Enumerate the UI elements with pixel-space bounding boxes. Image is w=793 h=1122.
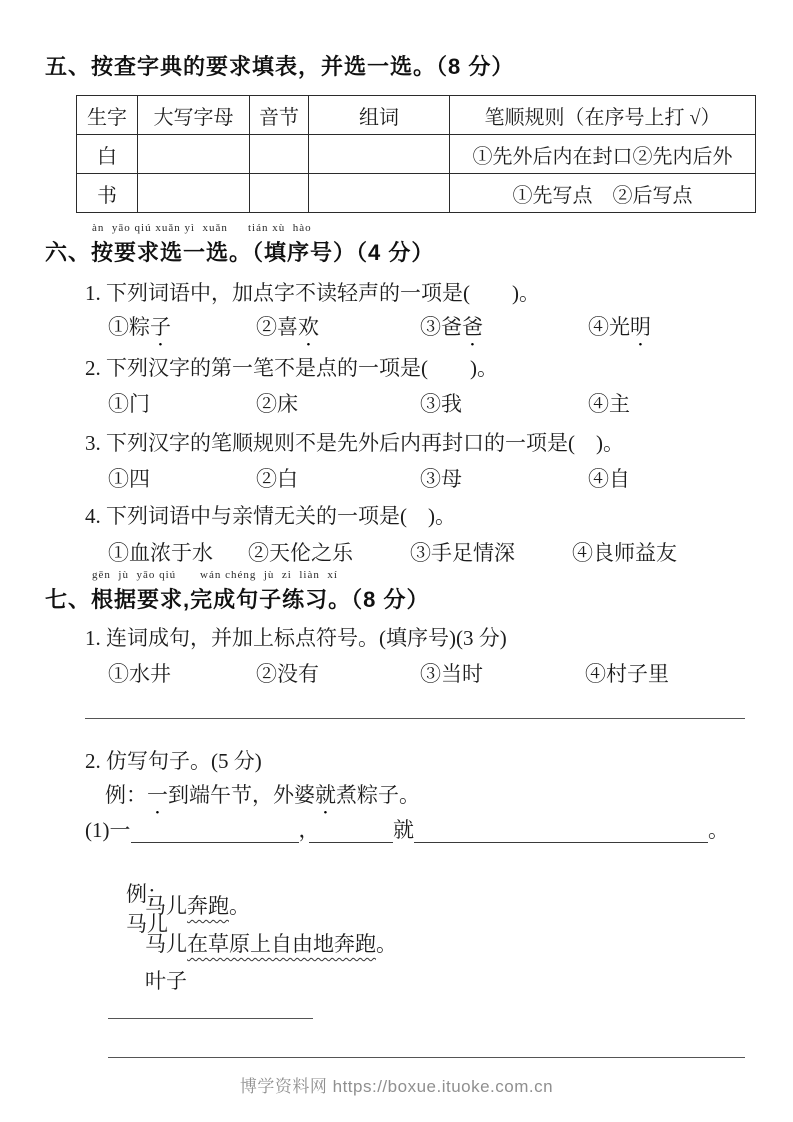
question-6-2: 2. 下列汉字的第一笔不是点的一项是( )。	[85, 352, 498, 382]
zuci-blank-cell	[309, 135, 450, 174]
question-7-1: 1. 连词成句，并加上标点符号。(填序号)(3 分)	[85, 622, 507, 652]
yinjie-blank-cell	[250, 135, 309, 174]
option-7-1-4: ④村子里	[585, 658, 669, 688]
section7-title: 七、根据要求,完成句子练习。（8 分）	[45, 583, 429, 614]
option-6-2-2: ②床	[256, 388, 298, 418]
option-6-2-1: ①门	[108, 388, 150, 418]
section6-title: 六、按要求选一选。（填序号）（4 分）	[45, 236, 434, 267]
options-7-1: ①水井 ②没有 ③当时 ④村子里	[0, 658, 793, 692]
header-daxiezimu: 大写字母	[138, 96, 250, 135]
table-row-bai: 白 ①先外后内在封口②先内后外	[77, 135, 756, 174]
example-2-prompt-word: 叶子	[145, 965, 187, 995]
option-7-1-2: ②没有	[256, 658, 319, 688]
question-6-4: 4. 下列词语中与亲情无关的一项是( )。	[85, 500, 456, 530]
example-2-line-1: 马儿奔跑。	[145, 890, 250, 920]
example-2-line-2: 马儿在草原上自由地奔跑。	[145, 928, 397, 958]
option-6-1-1: ①粽子	[108, 311, 171, 351]
char-cell: 白	[77, 135, 138, 174]
header-shengzi: 生字	[77, 96, 138, 135]
option-7-1-3: ③当时	[420, 658, 483, 688]
table-header-row: 生字 大写字母 音节 组词 笔顺规则（在序号上打 √）	[77, 96, 756, 135]
options-6-3: ①四 ②白 ③母 ④自	[0, 463, 793, 497]
option-6-1-3: ③爸爸	[420, 311, 483, 351]
rule-cell: ①先写点 ②后写点	[450, 174, 756, 213]
question-6-3: 3. 下列汉字的笔顺规则不是先外后内再封口的一项是( )。	[85, 427, 624, 457]
options-6-4: ①血浓于水 ②天伦之乐 ③手足情深 ④良师益友	[0, 537, 793, 571]
option-7-1-1: ①水井	[108, 658, 171, 688]
answer-line-7-1	[85, 718, 745, 719]
question-6-1: 1. 下列词语中，加点字不读轻声的一项是( )。	[85, 277, 540, 307]
option-6-2-4: ④主	[588, 388, 630, 418]
section6-pinyin-sub: tián xù hào	[248, 222, 312, 234]
zuci-blank-cell	[309, 174, 450, 213]
question-7-2: 2. 仿写句子。(5 分)	[85, 745, 262, 775]
option-6-4-3: ③手足情深	[410, 537, 515, 567]
answer-line-short	[108, 1018, 313, 1019]
daxie-blank-cell	[138, 135, 250, 174]
char-cell: 书	[77, 174, 138, 213]
option-6-3-4: ④自	[588, 463, 630, 493]
example-sentence-1: 例：一到端午节，外婆就煮粽子。	[105, 779, 420, 819]
options-6-1: ①粽子 ②喜欢 ③爸爸 ④光明	[0, 311, 793, 345]
daxie-blank-cell	[138, 174, 250, 213]
rule-cell: ①先外后内在封口②先内后外	[450, 135, 756, 174]
section5-title: 五、按查字典的要求填表，并选一选。（8 分）	[45, 50, 514, 81]
option-6-4-2: ②天伦之乐	[248, 537, 353, 567]
dictionary-table: 生字 大写字母 音节 组词 笔顺规则（在序号上打 √） 白 ①先外后内在封口②先…	[76, 95, 756, 213]
fill-in-line-1: (1)一 ， 就 。	[85, 814, 729, 844]
option-6-2-3: ③我	[420, 388, 462, 418]
worksheet-page: 五、按查字典的要求填表，并选一选。（8 分） 生字 大写字母 音节 组词 笔顺规…	[0, 0, 793, 1122]
option-6-4-4: ④良师益友	[572, 537, 677, 567]
section7-pinyin-sub: wán chéng jù zi liàn xí	[200, 569, 338, 581]
option-6-3-2: ②白	[256, 463, 298, 493]
option-6-4-1: ①血浓于水	[108, 537, 213, 567]
option-6-1-2: ②喜欢	[256, 311, 319, 351]
answer-line-long	[108, 1057, 745, 1058]
header-bishun-rule: 笔顺规则（在序号上打 √）	[450, 96, 756, 135]
section7-pinyin-main: gēn jù yāo qiú	[92, 569, 176, 581]
table-row-shu: 书 ①先写点 ②后写点	[77, 174, 756, 213]
yinjie-blank-cell	[250, 174, 309, 213]
options-6-2: ①门 ②床 ③我 ④主	[0, 388, 793, 422]
option-6-1-4: ④光明	[588, 311, 651, 351]
section6-pinyin-main: àn yāo qiú xuǎn yì xuǎn	[92, 222, 228, 234]
header-yinjie: 音节	[250, 96, 309, 135]
header-zuci: 组词	[309, 96, 450, 135]
option-6-3-3: ③母	[420, 463, 462, 493]
option-6-3-1: ①四	[108, 463, 150, 493]
footer-watermark: 博学资料网 https://boxue.ituoke.com.cn	[0, 1072, 793, 1097]
